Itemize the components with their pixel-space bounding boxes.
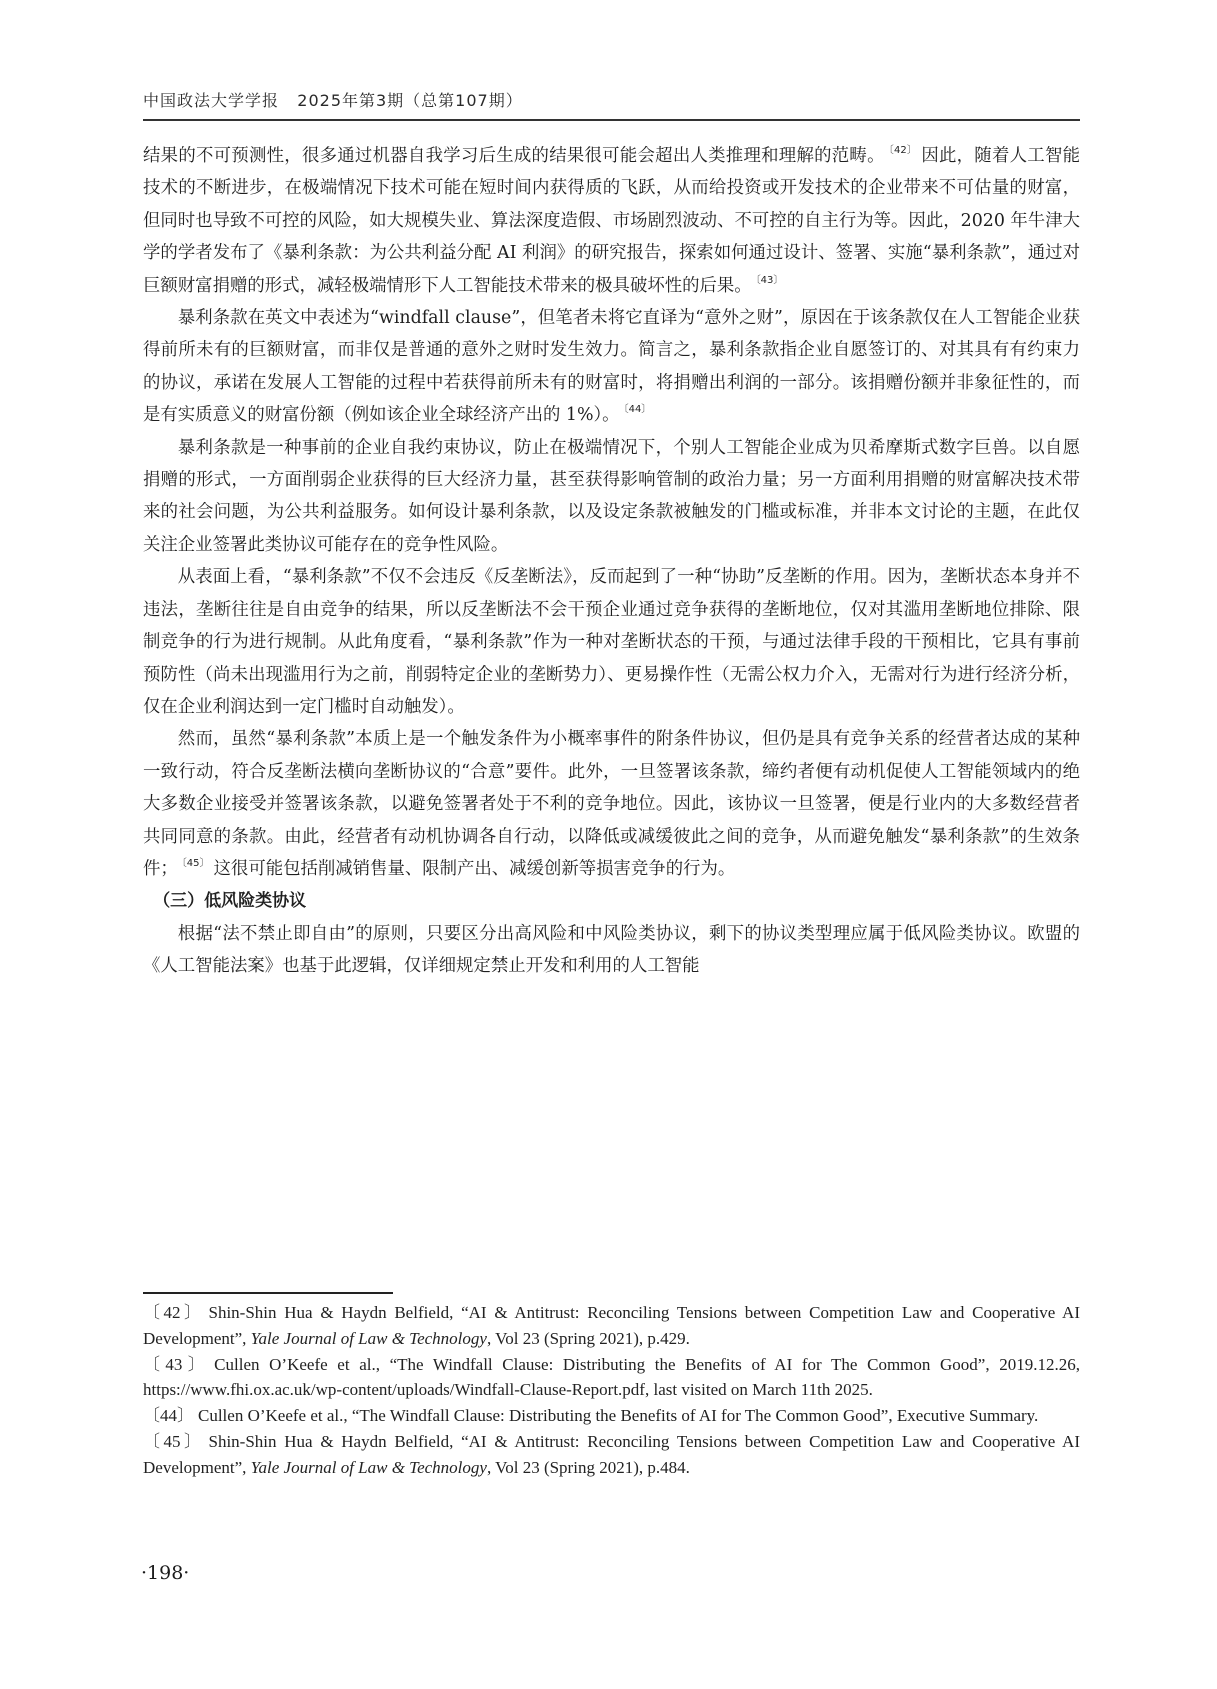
journal-name: Yale Journal of Law & Technology [251, 1458, 487, 1477]
journal-name: Yale Journal of Law & Technology [251, 1329, 487, 1348]
journal-page: 中国政法大学学报 2025年第3期（总第107期） 结果的不可预测性，很多通过机… [0, 0, 1217, 1689]
running-header: 中国政法大学学报 2025年第3期（总第107期） [143, 88, 1080, 111]
journal-title: 中国政法大学学报 [143, 91, 279, 110]
paragraph-2: 暴利条款在英文中表述为“windfall clause”，但笔者未将它直译为“意… [143, 302, 1080, 432]
footnote-45: 〔45〕Shin-Shin Hua & Haydn Belfield, “AI … [143, 1429, 1080, 1481]
footnote-divider [143, 1292, 393, 1294]
paragraph-1: 结果的不可预测性，很多通过机器自我学习后生成的结果很可能会超出人类推理和理解的范… [143, 140, 1080, 302]
footnote-ref-42[interactable]: 〔42〕 [889, 145, 918, 156]
article-body: 结果的不可预测性，很多通过机器自我学习后生成的结果很可能会超出人类推理和理解的范… [143, 140, 1080, 983]
header-divider [143, 119, 1080, 121]
footnote-ref-45[interactable]: 〔45〕 [182, 858, 210, 869]
footnotes: 〔42〕Shin-Shin Hua & Haydn Belfield, “AI … [143, 1300, 1080, 1481]
footnote-ref-44[interactable]: 〔44〕 [624, 404, 652, 415]
footnote-ref-43[interactable]: 〔43〕 [756, 275, 784, 286]
footnote-43: 〔43〕Cullen O’Keefe et al., “The Windfall… [143, 1352, 1080, 1404]
footnote-42: 〔42〕Shin-Shin Hua & Haydn Belfield, “AI … [143, 1300, 1080, 1352]
paragraph-6: 根据“法不禁止即自由”的原则，只要区分出高风险和中风险类协议，剩下的协议类型理应… [143, 918, 1080, 983]
paragraph-4: 从表面上看，“暴利条款”不仅不会违反《反垄断法》，反而起到了一种“协助”反垄断的… [143, 561, 1080, 723]
page-number: ·198· [141, 1562, 189, 1584]
footnote-44: 〔44〕Cullen O’Keefe et al., “The Windfall… [143, 1403, 1080, 1429]
paragraph-5: 然而，虽然“暴利条款”本质上是一个触发条件为小概率事件的附条件协议，但仍是具有竞… [143, 723, 1080, 885]
issue-info: 2025年第3期（总第107期） [297, 91, 522, 110]
section-heading: （三）低风险类协议 [143, 885, 1080, 917]
paragraph-3: 暴利条款是一种事前的企业自我约束协议，防止在极端情况下，个别人工智能企业成为贝希… [143, 432, 1080, 562]
